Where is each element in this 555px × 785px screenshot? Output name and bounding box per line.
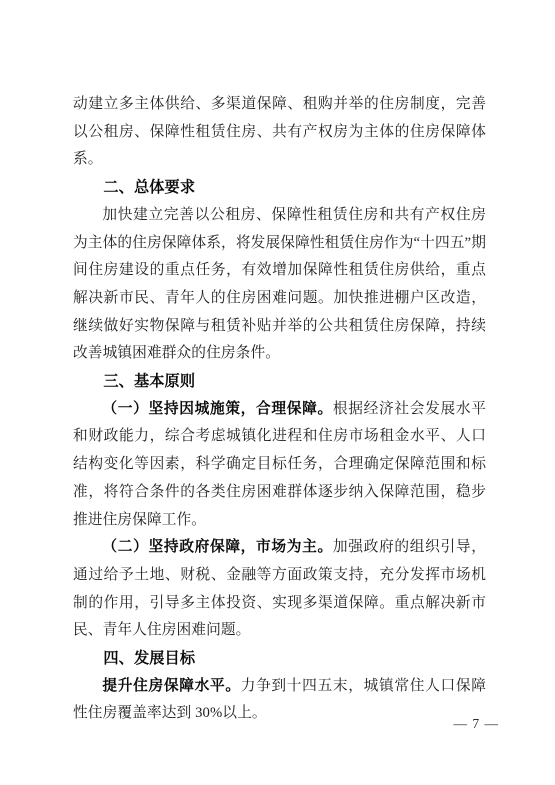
- section-heading: 三、基本原则: [73, 368, 486, 396]
- paragraph: （二）坚持政府保障，市场为主。加强政府的组织引导，通过给予土地、财税、金融等方面…: [73, 534, 486, 645]
- paragraph-lead: 提升住房保障水平。: [102, 678, 240, 694]
- heading-text: 四、发展目标: [103, 650, 195, 667]
- heading-text: 三、基本原则: [103, 373, 195, 390]
- page-number: — 7 —: [454, 716, 500, 732]
- paragraph: 动建立多主体供给、多渠道保障、租购并举的住房制度，完善以公租房、保障性租赁住房、…: [73, 91, 486, 174]
- heading-text: 二、总体要求: [103, 179, 195, 196]
- paragraph-text: 动建立多主体供给、多渠道保障、租购并举的住房制度，完善以公租房、保障性租赁住房、…: [73, 96, 486, 167]
- paragraph-lead: （二）坚持政府保障，市场为主。: [102, 539, 333, 555]
- paragraph-text: 加快建立完善以公租房、保障性租赁住房和共有产权住房为主体的住房保障体系，将发展保…: [73, 207, 486, 362]
- document-page: 动建立多主体供给、多渠道保障、租购并举的住房制度，完善以公租房、保障性租赁住房、…: [0, 0, 555, 785]
- paragraph: 加快建立完善以公租房、保障性租赁住房和共有产权住房为主体的住房保障体系，将发展保…: [73, 202, 486, 368]
- paragraph-lead: （一）坚持因城施策，合理保障。: [102, 401, 333, 417]
- document-blocks: 动建立多主体供给、多渠道保障、租购并举的住房制度，完善以公租房、保障性租赁住房、…: [73, 91, 486, 728]
- section-heading: 四、发展目标: [73, 645, 486, 673]
- paragraph: 提升住房保障水平。力争到十四五末，城镇常住人口保障性住房覆盖率达到 30%以上。: [73, 673, 486, 728]
- section-heading: 二、总体要求: [73, 174, 486, 202]
- paragraph-text: 根据经济社会发展水平和财政能力，综合考虑城镇化进程和住房市场租金水平、人口结构变…: [73, 401, 486, 528]
- paragraph: （一）坚持因城施策，合理保障。根据经济社会发展水平和财政能力，综合考虑城镇化进程…: [73, 396, 486, 535]
